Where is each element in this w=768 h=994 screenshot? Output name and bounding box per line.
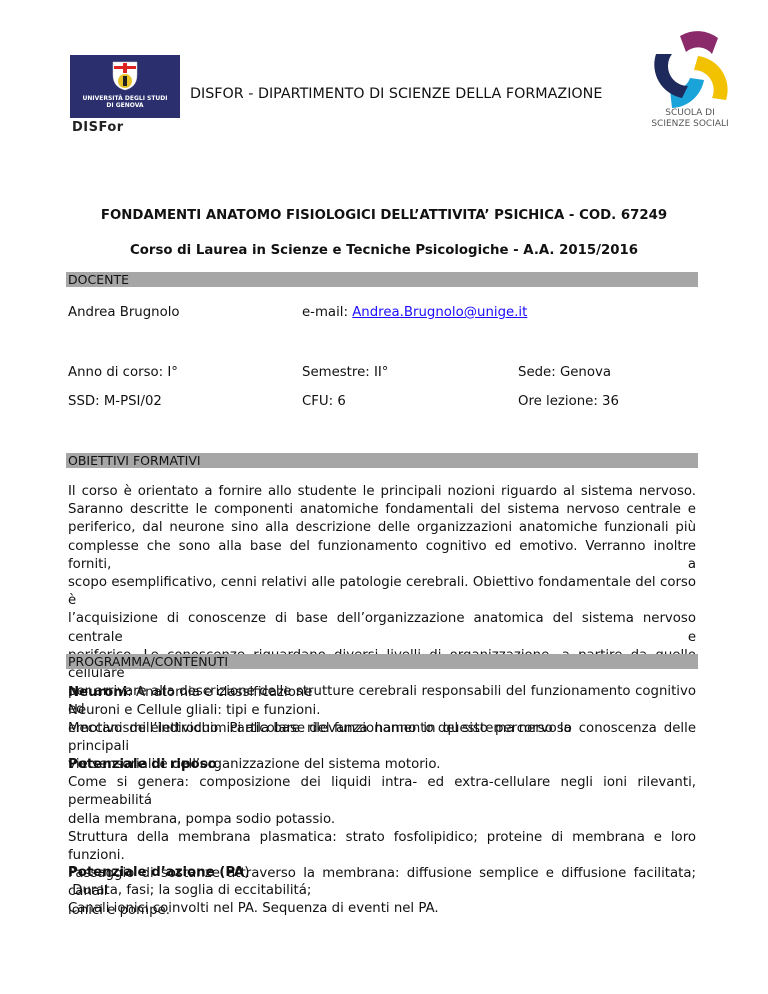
unige-shield-icon [112, 61, 138, 91]
unige-logo-text: UNIVERSITÀ DEGLI STUDI DI GENOVA [70, 95, 180, 109]
scuola-logo-text: SCUOLA DI SCIENZE SOCIALI [630, 108, 750, 130]
course-subtitle: Corso di Laurea in Scienze e Tecniche Ps… [0, 243, 768, 258]
azione-block: Potenziale d’azione (PA) Durata, fasi; l… [68, 864, 696, 919]
course-title: FONDAMENTI ANATOMO FISIOLOGICI DELL’ATTI… [0, 208, 768, 223]
section-programma-heading: PROGRAMMA/CONTENUTI [66, 654, 698, 669]
azione-title: Potenziale d’azione ( [68, 865, 225, 880]
riposo-title: Potenziale di riposo [68, 757, 217, 772]
neuroni-block: Neuroni: Anatomia e classificazione Neur… [68, 684, 696, 739]
sede: Sede: Genova [518, 365, 611, 380]
disfor-logo: DISFor [72, 120, 124, 135]
unige-logo: UNIVERSITÀ DEGLI STUDI DI GENOVA [70, 55, 180, 118]
semestre: Semestre: II° [302, 365, 388, 380]
cfu: CFU: 6 [302, 394, 346, 409]
ore-lezione: Ore lezione: 36 [518, 394, 619, 409]
anno-di-corso: Anno di corso: I° [68, 365, 178, 380]
section-obiettivi-heading: OBIETTIVI FORMATIVI [66, 453, 698, 468]
docente-name: Andrea Brugnolo [68, 305, 180, 320]
section-docente-heading: DOCENTE [66, 272, 698, 287]
department-title: DISFOR - DIPARTIMENTO DI SCIENZE DELLA F… [190, 86, 602, 102]
scuola-scienze-sociali-logo-icon [650, 28, 730, 108]
docente-email-row: e-mail: Andrea.Brugnolo@unige.it [302, 305, 527, 320]
neuroni-title: Neuroni [68, 685, 127, 700]
email-link[interactable]: Andrea.Brugnolo@unige.it [352, 305, 527, 320]
ssd: SSD: M-PSI/02 [68, 394, 162, 409]
email-label: e-mail: [302, 305, 352, 320]
